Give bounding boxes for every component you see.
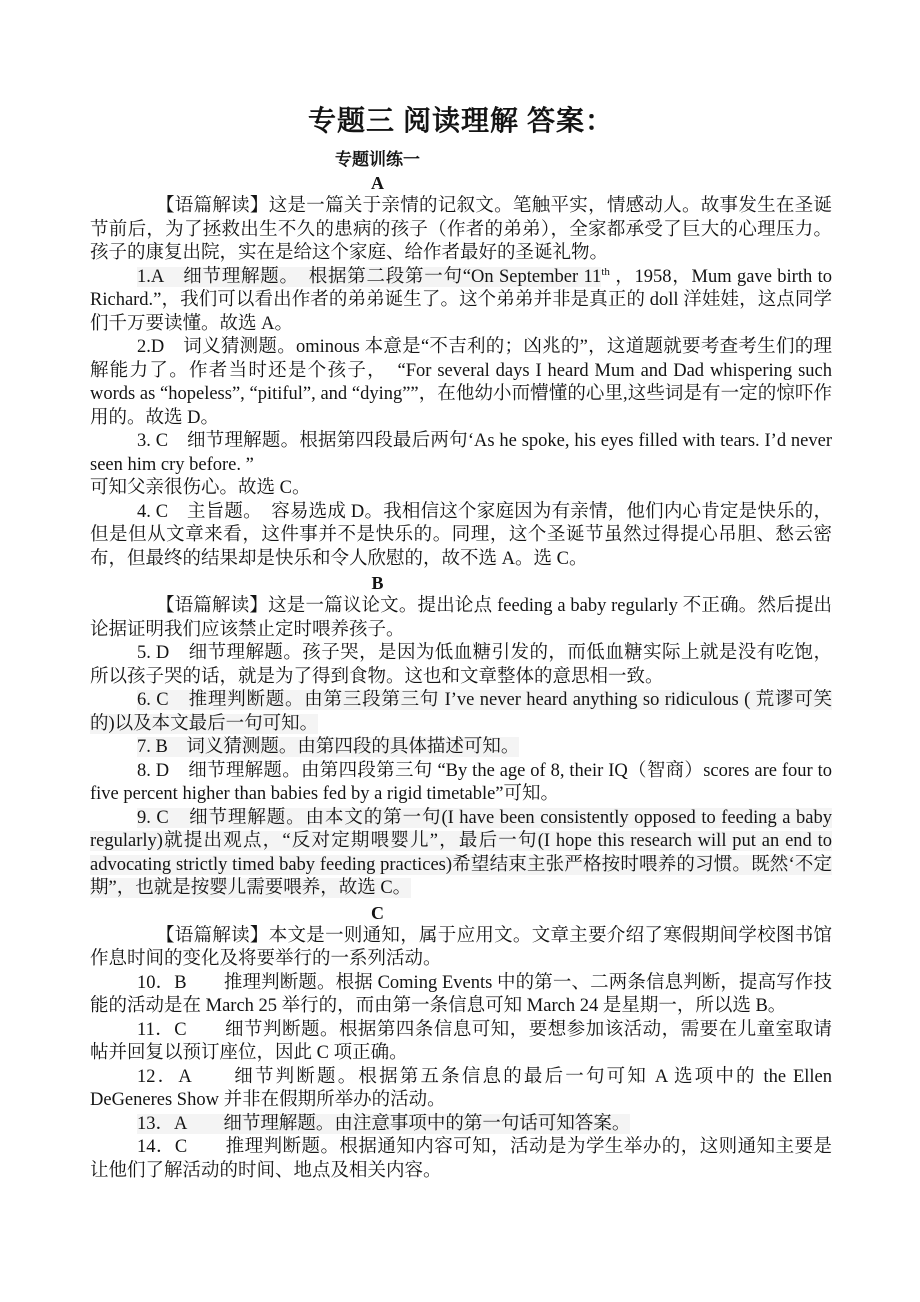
passage-analysis-c-text: 【语篇解读】本文是一则通知，属于应用文。文章主要介绍了寒假期间学校图书馆作息时间… [90, 926, 832, 970]
answer-item-7-text: 7. B 词义猜测题。由第四段的具体描述可知。 [137, 737, 519, 757]
answer-item-5: 5. D 细节理解题。孩子哭，是因为低血糖引发的，而低血糖实际上就是没有吃饱，所… [90, 642, 832, 689]
answer-item-3: 3. C 细节理解题。根据第四段最后两句‘As he spoke, his ey… [90, 430, 832, 477]
passage-analysis-a-text: 【语篇解读】这是一篇关于亲情的记叙文。笔触平实，情感动人。故事发生在圣诞节前后，… [90, 196, 832, 263]
answer-item-2-text: 2.D 词义猜测题。ominous 本意是“不吉利的；凶兆的”，这道题就要考查考… [90, 337, 832, 428]
answer-item-8: 8. D 细节理解题。由第四段第三句 “By the age of 8, the… [90, 760, 832, 807]
section-letter-c: C [90, 901, 665, 925]
answer-item-7: 7. B 词义猜测题。由第四段的具体描述可知。 [90, 736, 832, 760]
answer-item-9: 9. C 细节理解题。由本文的第一句(I have been consisten… [90, 807, 832, 901]
answer-item-4-text: 4. C 主旨题。 容易选成 D。我相信这个家庭因为有亲情，他们内心肯定是快乐的… [90, 502, 832, 569]
answer-item-13: 13．A 细节理解题。由注意事项中的第一句话可知答案。 [90, 1113, 832, 1137]
passage-analysis-b: 【语篇解读】这是一篇议论文。提出论点 feeding a baby regula… [90, 595, 832, 642]
answer-item-11: 11．C 细节判断题。根据第四条信息可知，要想参加该活动，需要在儿童室取请帖并回… [90, 1019, 832, 1066]
exercise-subtitle: 专题训练一 [90, 148, 665, 171]
answer-item-12-text: 12．A 细节判断题。根据第五条信息的最后一句可知 A 选项中的 the Ell… [90, 1067, 832, 1111]
answer-item-6: 6. C 推理判断题。由第三段第三句 I’ve never heard anyt… [90, 689, 832, 736]
answer-item-11-text: 11．C 细节判断题。根据第四条信息可知，要想参加该活动，需要在儿童室取请帖并回… [90, 1020, 832, 1064]
answer-item-3-continuation: 可知父亲很伤心。故选 C。 [90, 477, 832, 501]
answer-item-12: 12．A 细节判断题。根据第五条信息的最后一句可知 A 选项中的 the Ell… [90, 1066, 832, 1113]
subtitle-row: 专题训练一 [90, 148, 665, 171]
answer-item-10-text: 10．B 推理判断题。根据 Coming Events 中的第一、二两条信息判断… [90, 973, 832, 1017]
section-letter-a: A [90, 171, 665, 195]
section-letter-b: B [90, 571, 665, 595]
answer-item-9-text: 9. C 细节理解题。由本文的第一句(I have been consisten… [90, 808, 832, 899]
passage-analysis-c: 【语篇解读】本文是一则通知，属于应用文。文章主要介绍了寒假期间学校图书馆作息时间… [90, 925, 832, 972]
answer-item-10: 10．B 推理判断题。根据 Coming Events 中的第一、二两条信息判断… [90, 972, 832, 1019]
answer-item-4: 4. C 主旨题。 容易选成 D。我相信这个家庭因为有亲情，他们内心肯定是快乐的… [90, 501, 832, 572]
answer-item-5-text: 5. D 细节理解题。孩子哭，是因为低血糖引发的，而低血糖实际上就是没有吃饱，所… [90, 643, 832, 687]
passage-analysis-a: 【语篇解读】这是一篇关于亲情的记叙文。笔触平实，情感动人。故事发生在圣诞节前后，… [90, 195, 832, 266]
answer-item-1-text-before: 1.A 细节理解题。 根据第二段第一句“On September 11 [137, 267, 601, 287]
answer-item-8-text: 8. D 细节理解题。由第四段第三句 “By the age of 8, the… [90, 761, 832, 805]
answer-item-13-text: 13．A 细节理解题。由注意事项中的第一句话可知答案。 [137, 1114, 630, 1134]
answer-item-6-text: 6. C 推理判断题。由第三段第三句 I’ve never heard anyt… [90, 690, 832, 734]
answer-item-3-continuation-text: 可知父亲很伤心。故选 C。 [90, 478, 310, 498]
answer-item-1: 1.A 细节理解题。 根据第二段第一句“On September 11th ，1… [90, 266, 832, 337]
section-a-heading-row: A [90, 171, 665, 195]
answer-item-2: 2.D 词义猜测题。ominous 本意是“不吉利的；凶兆的”，这道题就要考查考… [90, 336, 832, 430]
answer-item-3-text: 3. C 细节理解题。根据第四段最后两句‘As he spoke, his ey… [90, 431, 832, 475]
ordinal-superscript: th [601, 265, 610, 277]
page-title: 专题三 阅读理解 答案： [90, 102, 832, 142]
passage-analysis-b-text: 【语篇解读】这是一篇议论文。提出论点 feeding a baby regula… [90, 596, 832, 640]
section-c-heading-row: C [90, 901, 665, 925]
answer-item-14-text: 14．C 推理判断题。根据通知内容可知，活动是为学生举办的，这则通知主要是让他们… [90, 1137, 832, 1181]
answer-item-14: 14．C 推理判断题。根据通知内容可知，活动是为学生举办的，这则通知主要是让他们… [90, 1136, 832, 1183]
document-page: 专题三 阅读理解 答案： 专题训练一 A 【语篇解读】这是一篇关于亲情的记叙文。… [0, 0, 920, 1302]
section-b-heading-row: B [90, 571, 665, 595]
